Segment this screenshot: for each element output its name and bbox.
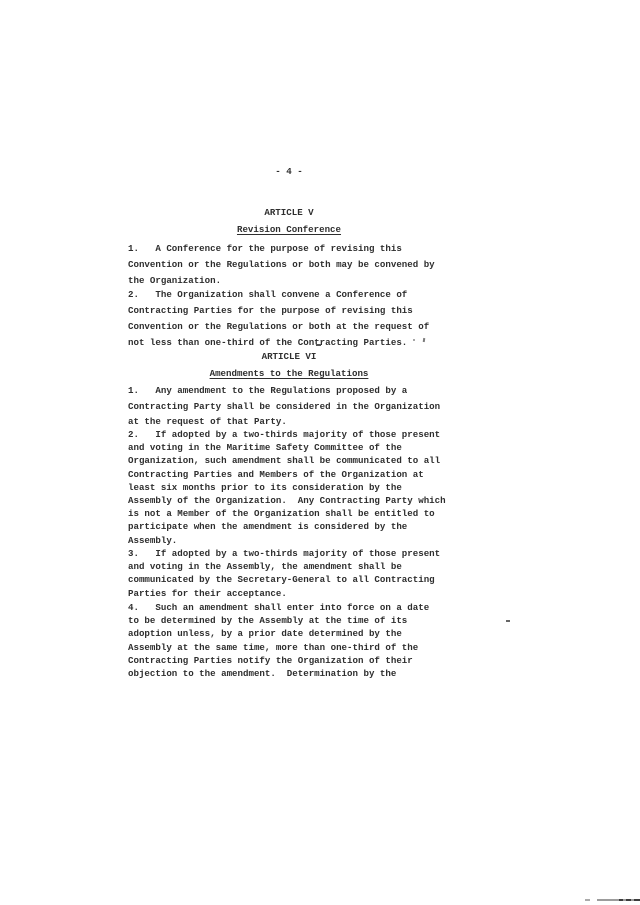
scan-artifact-bottom-dash-2 [626, 899, 631, 901]
article-v-paragraph-1: 1. A Conference for the purpose of revis… [128, 241, 468, 289]
article-vi-paragraph-3: 3. If adopted by a two-thirds majority o… [128, 547, 468, 600]
article-v-subtitle: Revision Conference [128, 224, 450, 235]
scan-artifact-dash-right-margin [506, 620, 510, 622]
scan-artifact-bottom-tick [585, 899, 590, 901]
article-v-title: ARTICLE V [128, 207, 450, 218]
page-number: - 4 - [128, 166, 450, 177]
article-vi-paragraph-2: 2. If adopted by a two-thirds majority o… [128, 428, 468, 547]
scanned-document-page: - 4 - ARTICLE V Revision Conference 1. A… [0, 0, 640, 905]
article-v-paragraph-2: 2. The Organization shall convene a Conf… [128, 287, 468, 351]
article-vi-subtitle: Amendments to the Regulations [128, 368, 450, 379]
scan-artifact-bottom-dash-1 [619, 899, 623, 901]
article-vi-title: ARTICLE VI [128, 351, 450, 362]
article-vi-paragraph-1: 1. Any amendment to the Regulations prop… [128, 383, 468, 430]
scan-artifact-dot [413, 339, 415, 341]
article-vi-paragraph-4: 4. Such an amendment shall enter into fo… [128, 601, 468, 680]
scan-artifact-dash [316, 344, 321, 346]
scan-artifact-bottom-dash-3 [634, 899, 640, 901]
